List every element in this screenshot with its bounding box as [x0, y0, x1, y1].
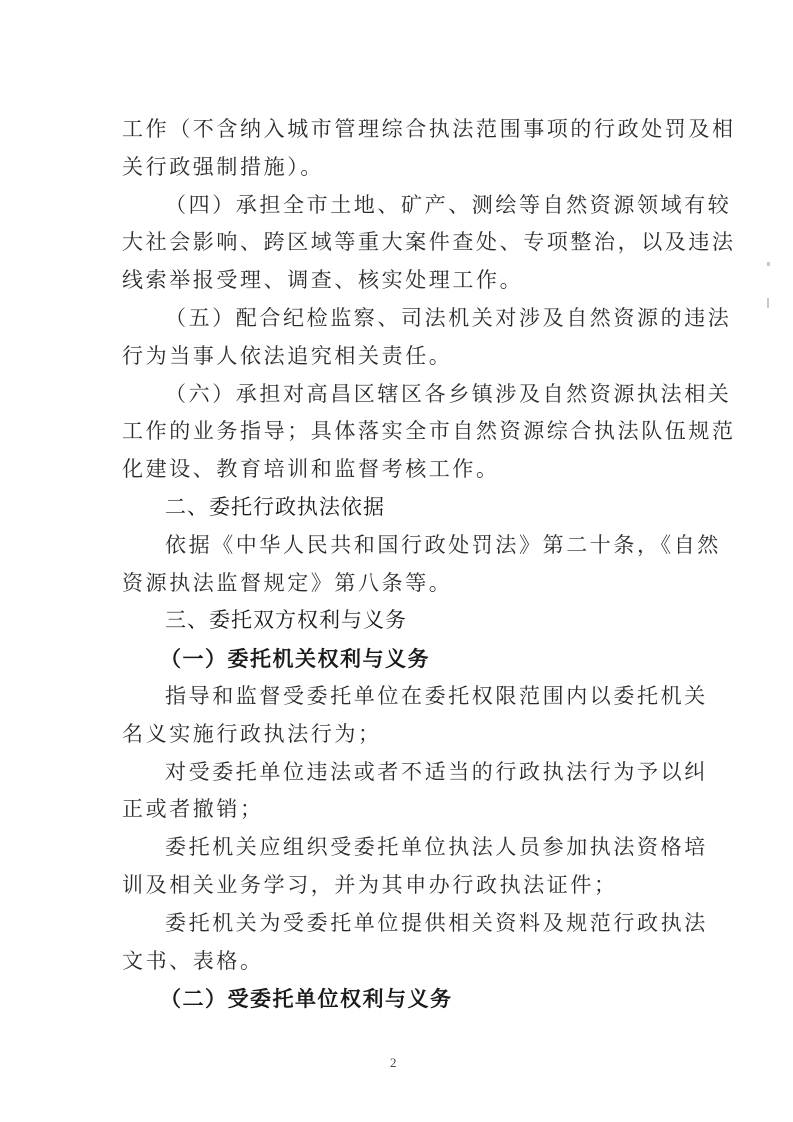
text-line: 指导和监督受委托单位在委托权限范围内以委托机关 — [122, 678, 680, 716]
text-line: 训及相关业务学习，并为其申办行政执法证件； — [122, 867, 680, 905]
text-line: 化建设、教育培训和监督考核工作。 — [122, 451, 680, 489]
section-heading-basis: 二、委托行政执法依据 — [122, 489, 680, 527]
text-line: 工作（不含纳入城市管理综合执法范围事项的行政处罚及相 — [122, 111, 680, 149]
scan-artifact-mark — [767, 262, 770, 266]
page-number: 2 — [390, 1055, 397, 1071]
document-page: 工作（不含纳入城市管理综合执法范围事项的行政处罚及相 关行政强制措施）。 （四）… — [0, 0, 793, 1122]
text-line: 委托机关为受委托单位提供相关资料及规范行政执法 — [122, 905, 680, 943]
clause-six: （六）承担对高昌区辖区各乡镇涉及自然资源执法相关 — [122, 376, 680, 414]
text-line: 依据《中华人民共和国行政处罚法》第二十条，《自然 — [122, 527, 680, 565]
text-line: 资源执法监督规定》第八条等。 — [122, 565, 680, 603]
subheading-delegator: （一）委托机关权利与义务 — [122, 640, 680, 678]
text-line: 对受委托单位违法或者不适当的行政执法行为予以纠 — [122, 754, 680, 792]
text-line: 关行政强制措施）。 — [122, 149, 680, 187]
text-line: 委托机关应组织受委托单位执法人员参加执法资格培 — [122, 829, 680, 867]
section-heading-rights: 三、委托双方权利与义务 — [122, 602, 680, 640]
text-line: 正或者撤销； — [122, 791, 680, 829]
clause-five: （五）配合纪检监察、司法机关对涉及自然资源的违法 — [122, 300, 680, 338]
text-line: 行为当事人依法追究相关责任。 — [122, 338, 680, 376]
text-line: 线索举报受理、调查、核实处理工作。 — [122, 262, 680, 300]
scan-artifact-mark — [767, 298, 769, 308]
text-line: 工作的业务指导；具体落实全市自然资源综合执法队伍规范 — [122, 413, 680, 451]
document-body: 工作（不含纳入城市管理综合执法范围事项的行政处罚及相 关行政强制措施）。 （四）… — [122, 111, 680, 1018]
text-line: 文书、表格。 — [122, 943, 680, 981]
subheading-delegatee: （二）受委托单位权利与义务 — [122, 980, 680, 1018]
clause-four: （四）承担全市土地、矿产、测绘等自然资源领域有较 — [122, 187, 680, 225]
text-line: 大社会影响、跨区域等重大案件查处、专项整治，以及违法 — [122, 224, 680, 262]
text-line: 名义实施行政执法行为； — [122, 716, 680, 754]
